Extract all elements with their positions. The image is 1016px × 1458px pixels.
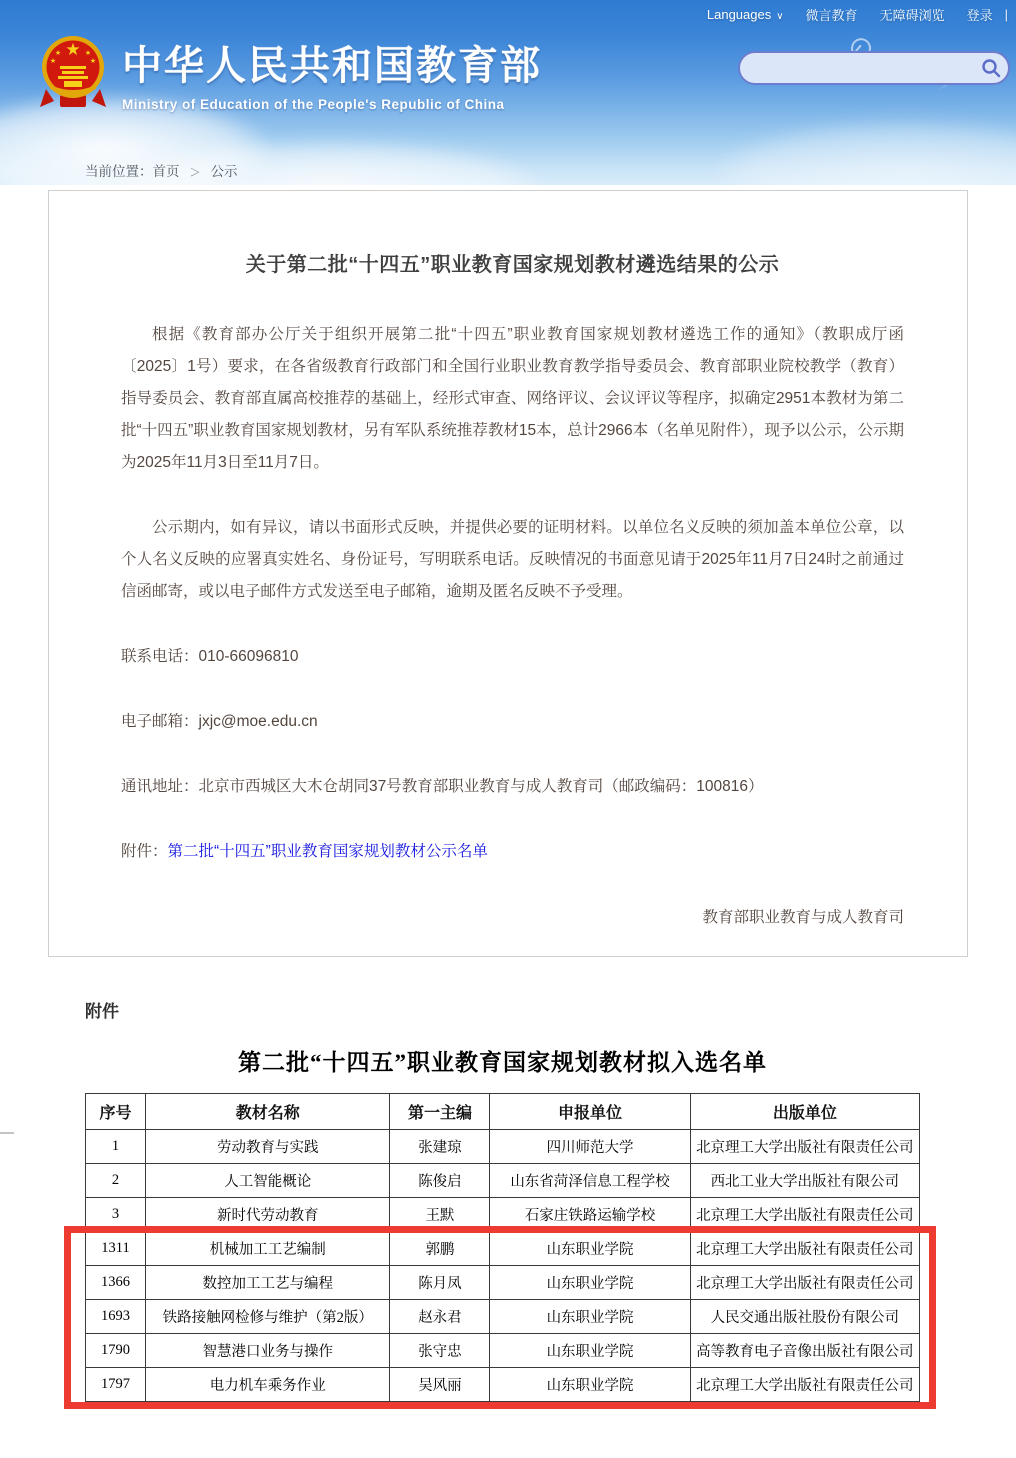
table-row: 1311机械加工工艺编制郭鹏山东职业学院北京理工大学出版社有限责任公司: [86, 1232, 920, 1266]
topbar: Languages∨ 微言教育 无障碍浏览 登录 | 注册: [0, 0, 1016, 27]
topbar-separator: |: [1005, 7, 1008, 22]
cell-no: 1: [86, 1130, 146, 1164]
page-title: 关于第二批“十四五”职业教育国家规划教材遴选结果的公示: [121, 248, 904, 277]
svg-text:★: ★: [65, 40, 80, 59]
attachment-link[interactable]: 第二批“十四五”职业教育国家规划教材公示名单: [168, 843, 488, 860]
cell-publisher: 高等教育电子音像出版社有限公司: [690, 1334, 919, 1368]
search-input[interactable]: [740, 53, 974, 83]
column-header-editor: 第一主编: [390, 1094, 490, 1130]
appendix-table-title: 第二批“十四五”职业教育国家规划教材拟入选名单: [85, 1044, 920, 1077]
contact-address: 通讯地址：北京市西城区大木仓胡同37号教育部职业教育与成人教育司（邮政编码：10…: [121, 771, 904, 803]
svg-text:★: ★: [50, 57, 56, 65]
breadcrumb-separator-icon: ＞: [190, 167, 201, 179]
languages-menu[interactable]: Languages∨: [707, 7, 784, 22]
cell-no: 1797: [86, 1368, 146, 1402]
cell-no: 1366: [86, 1266, 146, 1300]
cell-publisher: 西北工业大学出版社有限公司: [690, 1164, 919, 1198]
cell-name: 新时代劳动教育: [146, 1198, 390, 1232]
cell-editor: 王默: [390, 1198, 490, 1232]
announcement-paragraph-2: 公示期内，如有异议，请以书面形式反映，并提供必要的证明材料。以单位名义反映的须加…: [121, 512, 904, 608]
cell-publisher: 北京理工大学出版社有限责任公司: [690, 1232, 919, 1266]
cell-publisher: 北京理工大学出版社有限责任公司: [690, 1368, 919, 1402]
table-row: 2人工智能概论陈俊启山东省菏泽信息工程学校西北工业大学出版社有限公司: [86, 1164, 920, 1198]
column-header-org: 申报单位: [490, 1094, 690, 1130]
announcement-paragraph-1: 根据《教育部办公厅关于组织开展第二批“十四五”职业教育国家规划教材遴选工作的通知…: [121, 319, 904, 479]
site-header: Languages∨ 微言教育 无障碍浏览 登录 | 注册 ★ ★ ★ ★ ★: [0, 0, 1016, 185]
textbook-table-wrap: 序号 教材名称 第一主编 申报单位 出版单位 1劳动教育与实践张建琼四川师范大学…: [85, 1093, 920, 1402]
cell-no: 1311: [86, 1232, 146, 1266]
cell-publisher: 北京理工大学出版社有限责任公司: [690, 1198, 919, 1232]
breadcrumb: 当前位置：首页＞公示: [85, 160, 238, 180]
cell-editor: 赵永君: [390, 1300, 490, 1334]
breadcrumb-current: 公示: [211, 164, 238, 179]
site-logo-link[interactable]: ★ ★ ★ ★ ★ 中华人民共和国教育部 Ministry of Educati…: [38, 33, 542, 113]
table-header-row: 序号 教材名称 第一主编 申报单位 出版单位: [86, 1094, 920, 1130]
table-row: 1劳动教育与实践张建琼四川师范大学北京理工大学出版社有限责任公司: [86, 1130, 920, 1164]
search-box: [738, 51, 1010, 85]
topbar-item-accessibility[interactable]: 无障碍浏览: [880, 5, 945, 24]
table-row: 1366数控加工工艺与编程陈月凤山东职业学院北京理工大学出版社有限责任公司: [86, 1266, 920, 1300]
cell-org: 石家庄铁路运输学校: [490, 1198, 690, 1232]
table-row: 1790智慧港口业务与操作张守忠山东职业学院高等教育电子音像出版社有限公司: [86, 1334, 920, 1368]
languages-label: Languages: [707, 7, 771, 22]
breadcrumb-label: 当前位置：: [85, 164, 153, 179]
cell-editor: 陈月凤: [390, 1266, 490, 1300]
signature: 教育部职业教育与成人教育司: [121, 902, 904, 934]
main-content: 关于第二批“十四五”职业教育国家规划教材遴选结果的公示 根据《教育部办公厅关于组…: [0, 190, 1016, 1458]
table-row: 1693铁路接触网检修与维护（第2版）赵永君山东职业学院人民交通出版社股份有限公…: [86, 1300, 920, 1334]
attachment-label: 附件：: [121, 843, 168, 860]
cloud-decoration: [716, 120, 1016, 185]
site-title: 中华人民共和国教育部: [122, 34, 542, 91]
cell-name: 铁路接触网检修与维护（第2版）: [146, 1300, 390, 1334]
table-row: 3新时代劳动教育王默石家庄铁路运输学校北京理工大学出版社有限责任公司: [86, 1198, 920, 1232]
cell-name: 劳动教育与实践: [146, 1130, 390, 1164]
cell-org: 山东职业学院: [490, 1232, 690, 1266]
column-header-publisher: 出版单位: [690, 1094, 919, 1130]
column-header-name: 教材名称: [146, 1094, 390, 1130]
svg-text:★: ★: [85, 49, 91, 57]
cell-no: 1790: [86, 1334, 146, 1368]
column-header-no: 序号: [86, 1094, 146, 1130]
national-emblem-icon: ★ ★ ★ ★ ★: [38, 33, 108, 113]
topbar-item-weiyan[interactable]: 微言教育: [806, 5, 858, 24]
chevron-down-icon: ∨: [776, 11, 783, 22]
appendix-heading: 附件: [85, 997, 920, 1022]
announcement-card: 关于第二批“十四五”职业教育国家规划教材遴选结果的公示 根据《教育部办公厅关于组…: [48, 190, 968, 957]
search-button[interactable]: [974, 53, 1008, 83]
cell-editor: 郭鹏: [390, 1232, 490, 1266]
cell-publisher: 人民交通出版社股份有限公司: [690, 1300, 919, 1334]
contact-phone: 联系电话：010-66096810: [121, 641, 904, 673]
cell-no: 1693: [86, 1300, 146, 1334]
cell-org: 山东职业学院: [490, 1368, 690, 1402]
page-edge-divider: [0, 1132, 14, 1134]
cell-name: 人工智能概论: [146, 1164, 390, 1198]
cell-org: 山东职业学院: [490, 1266, 690, 1300]
cell-editor: 张守忠: [390, 1334, 490, 1368]
search-icon: [981, 58, 1001, 78]
cell-name: 机械加工工艺编制: [146, 1232, 390, 1266]
cell-org: 山东职业学院: [490, 1300, 690, 1334]
cell-name: 电力机车乘务作业: [146, 1368, 390, 1402]
site-subtitle: Ministry of Education of the People's Re…: [122, 97, 542, 112]
cell-org: 四川师范大学: [490, 1130, 690, 1164]
cell-editor: 张建琼: [390, 1130, 490, 1164]
cell-publisher: 北京理工大学出版社有限责任公司: [690, 1130, 919, 1164]
cell-editor: 吴风丽: [390, 1368, 490, 1402]
textbook-table-body: 1劳动教育与实践张建琼四川师范大学北京理工大学出版社有限责任公司2人工智能概论陈…: [86, 1130, 920, 1402]
cell-name: 智慧港口业务与操作: [146, 1334, 390, 1368]
svg-text:★: ★: [90, 57, 96, 65]
cell-org: 山东职业学院: [490, 1334, 690, 1368]
contact-email: 电子邮箱：jxjc@moe.edu.cn: [121, 706, 904, 738]
cell-editor: 陈俊启: [390, 1164, 490, 1198]
cell-name: 数控加工工艺与编程: [146, 1266, 390, 1300]
textbook-table: 序号 教材名称 第一主编 申报单位 出版单位 1劳动教育与实践张建琼四川师范大学…: [85, 1093, 920, 1402]
cell-publisher: 北京理工大学出版社有限责任公司: [690, 1266, 919, 1300]
cell-no: 2: [86, 1164, 146, 1198]
svg-text:★: ★: [55, 49, 61, 57]
breadcrumb-home-link[interactable]: 首页: [153, 164, 180, 179]
login-link[interactable]: 登录: [967, 5, 993, 24]
attachment-line: 附件：第二批“十四五”职业教育国家规划教材公示名单: [121, 836, 904, 868]
cell-org: 山东省菏泽信息工程学校: [490, 1164, 690, 1198]
cell-no: 3: [86, 1198, 146, 1232]
appendix-section: 附件 第二批“十四五”职业教育国家规划教材拟入选名单 序号 教材名称 第一主编 …: [85, 997, 920, 1458]
table-row: 1797电力机车乘务作业吴风丽山东职业学院北京理工大学出版社有限责任公司: [86, 1368, 920, 1402]
